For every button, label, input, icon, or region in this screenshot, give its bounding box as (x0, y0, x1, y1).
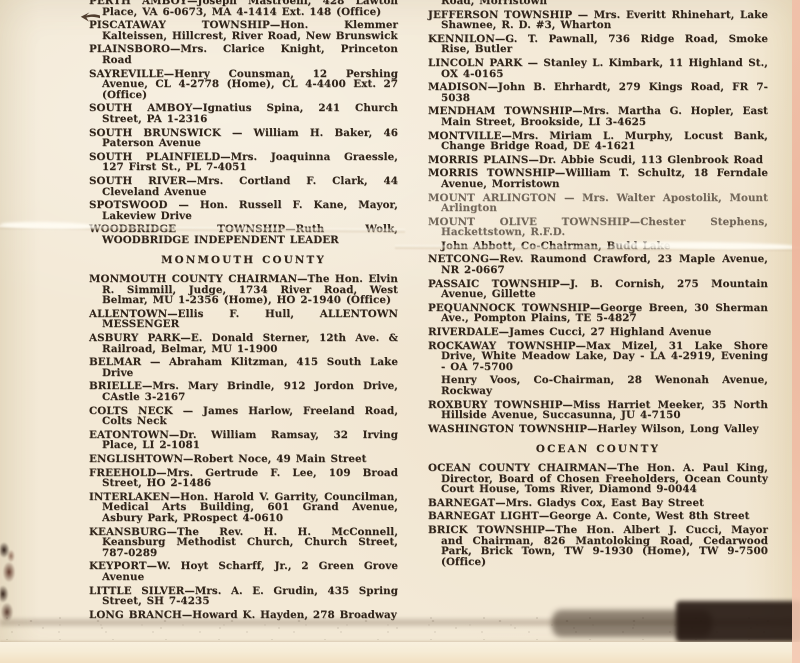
directory-entry: ROCKAWAY TOWNSHIP—Max Mizel, 31 Lake Sho… (428, 341, 768, 373)
pink-page-edge (792, 0, 800, 663)
directory-entry: SOUTH BRUNSWICK — William H. Baker, 46 P… (89, 128, 398, 149)
directory-entry: RIVERDALE—James Cucci, 27 Highland Avenu… (428, 327, 768, 338)
directory-entry: MOUNT ARLINGTON — Mrs. Walter Apostolik,… (428, 193, 768, 214)
directory-entry: KEYPORT—W. Hoyt Scharff, Jr., 2 Green Gr… (89, 561, 398, 582)
directory-entry: BRIELLE—Mrs. Mary Brindle, 912 Jordon Dr… (89, 381, 398, 402)
county-heading: OCEAN COUNTY (428, 444, 768, 455)
directory-entry: WASHINGTON TOWNSHIP—Harley Wilson, Long … (428, 424, 768, 435)
directory-entry: SOUTH RIVER—Mrs. Cortland F. Clark, 44 C… (89, 176, 398, 197)
county-heading: MONMOUTH COUNTY (89, 255, 398, 266)
directory-entry: BELMAR — Abraham Klitzman, 415 South Lak… (89, 357, 398, 378)
directory-entry: PERTH AMBOY—Joseph Mastroeni, 428 Lawton… (89, 0, 398, 17)
directory-entry: LITTLE SILVER—Mrs. A. E. Grudin, 435 Spr… (89, 586, 398, 607)
directory-entry: MONMOUTH COUNTY CHAIRMAN—The Hon. Elvin … (89, 274, 398, 306)
directory-entry: MONTVILLE—Mrs. Miriam L. Murphy, Locust … (428, 131, 768, 152)
directory-entry: PEQUANNOCK TOWNSHIP—George Breen, 30 She… (428, 303, 768, 324)
directory-entry: MOUNT OLIVE TOWNSHIP—Chester Stephens, H… (428, 217, 768, 238)
directory-entry: JEFFERSON TOWNSHIP — Mrs. Everitt Rhineh… (428, 10, 768, 31)
page-bottom-edge (0, 642, 800, 663)
left-column: PERTH AMBOY—Joseph Mastroeni, 428 Lawton… (89, 0, 398, 623)
directory-entry: PASSAIC TOWNSHIP—J. B. Cornish, 275 Moun… (428, 279, 768, 300)
directory-entry: MADISON—John B. Ehrhardt, 279 Kings Road… (428, 82, 768, 103)
directory-entry: BARNEGAT LIGHT—George A. Conte, West 8th… (428, 511, 768, 522)
scanned-page: PERTH AMBOY—Joseph Mastroeni, 428 Lawton… (0, 0, 800, 663)
directory-entry: KEANSBURG—The Rev. H. H. McConnell, Kean… (89, 527, 398, 559)
directory-entry: MORRIS TOWNSHIP—William T. Schultz, 18 F… (428, 168, 768, 189)
directory-entry: MENDHAM TOWNSHIP—Mrs. Martha G. Hopler, … (428, 106, 768, 127)
directory-entry: EATONTOWN—Dr. William Ramsay, 32 Irving … (89, 430, 398, 451)
directory-entry: INTERLAKEN—Hon. Harold V. Garrity, Counc… (89, 492, 398, 524)
directory-entry: PISCATAWAY TOWNSHIP—Hon. Klemmer Kalteis… (89, 20, 398, 41)
directory-entry: SOUTH AMBOY—Ignatius Spina, 241 Church S… (89, 103, 398, 124)
bottom-smudge-dark-right (676, 601, 800, 642)
directory-entry: Road, Morristown (428, 0, 768, 7)
directory-entry: ENGLISHTOWN—Robert Noce, 49 Main Street (89, 454, 398, 465)
directory-entry: OCEAN COUNTY CHAIRMAN—The Hon. A. Paul K… (428, 463, 768, 495)
directory-entry: FREEHOLD—Mrs. Gertrude F. Lee, 109 Broad… (89, 468, 398, 489)
right-column: Road, MorristownJEFFERSON TOWNSHIP — Mrs… (428, 0, 768, 570)
directory-entry: SAYREVILLE—Henry Counsman, 12 Pershing A… (89, 69, 398, 101)
directory-entry: PLAINSBORO—Mrs. Clarice Knight, Princeto… (89, 44, 398, 65)
directory-entry: ALLENTOWN—Ellis F. Hull, ALLENTOWN MESSE… (89, 309, 398, 330)
directory-entry: MORRIS PLAINS—Dr. Abbie Scudi, 113 Glenb… (428, 155, 768, 166)
directory-entry: SOUTH PLAINFIELD—Mrs. Joaquinna Graessle… (89, 152, 398, 173)
directory-entry: KENNILON—G. T. Pawnall, 736 Ridge Road, … (428, 34, 768, 55)
directory-entry: LINCOLN PARK — Stanley L. Kimbark, 11 Hi… (428, 58, 768, 79)
directory-entry: BARNEGAT—Mrs. Gladys Cox, East Bay Stree… (428, 498, 768, 509)
directory-entry: COLTS NECK — James Harlow, Freeland Road… (89, 406, 398, 427)
directory-entry: ROXBURY TOWNSHIP—Miss Harriet Meeker, 35… (428, 400, 768, 421)
directory-entry: SPOTSWOOD — Hon. Russell F. Kane, Mayor,… (89, 200, 398, 221)
directory-entry: BRICK TOWNSHIP—The Hon. Albert J. Cucci,… (428, 525, 768, 567)
directory-entry: NETCONG—Rev. Raumond Crawford, 23 Maple … (428, 254, 768, 275)
directory-entry: ASBURY PARK—E. Donald Sterner, 12th Ave.… (89, 333, 398, 354)
directory-entry: Henry Voos, Co-Chairman, 28 Wenonah Aven… (428, 375, 768, 396)
